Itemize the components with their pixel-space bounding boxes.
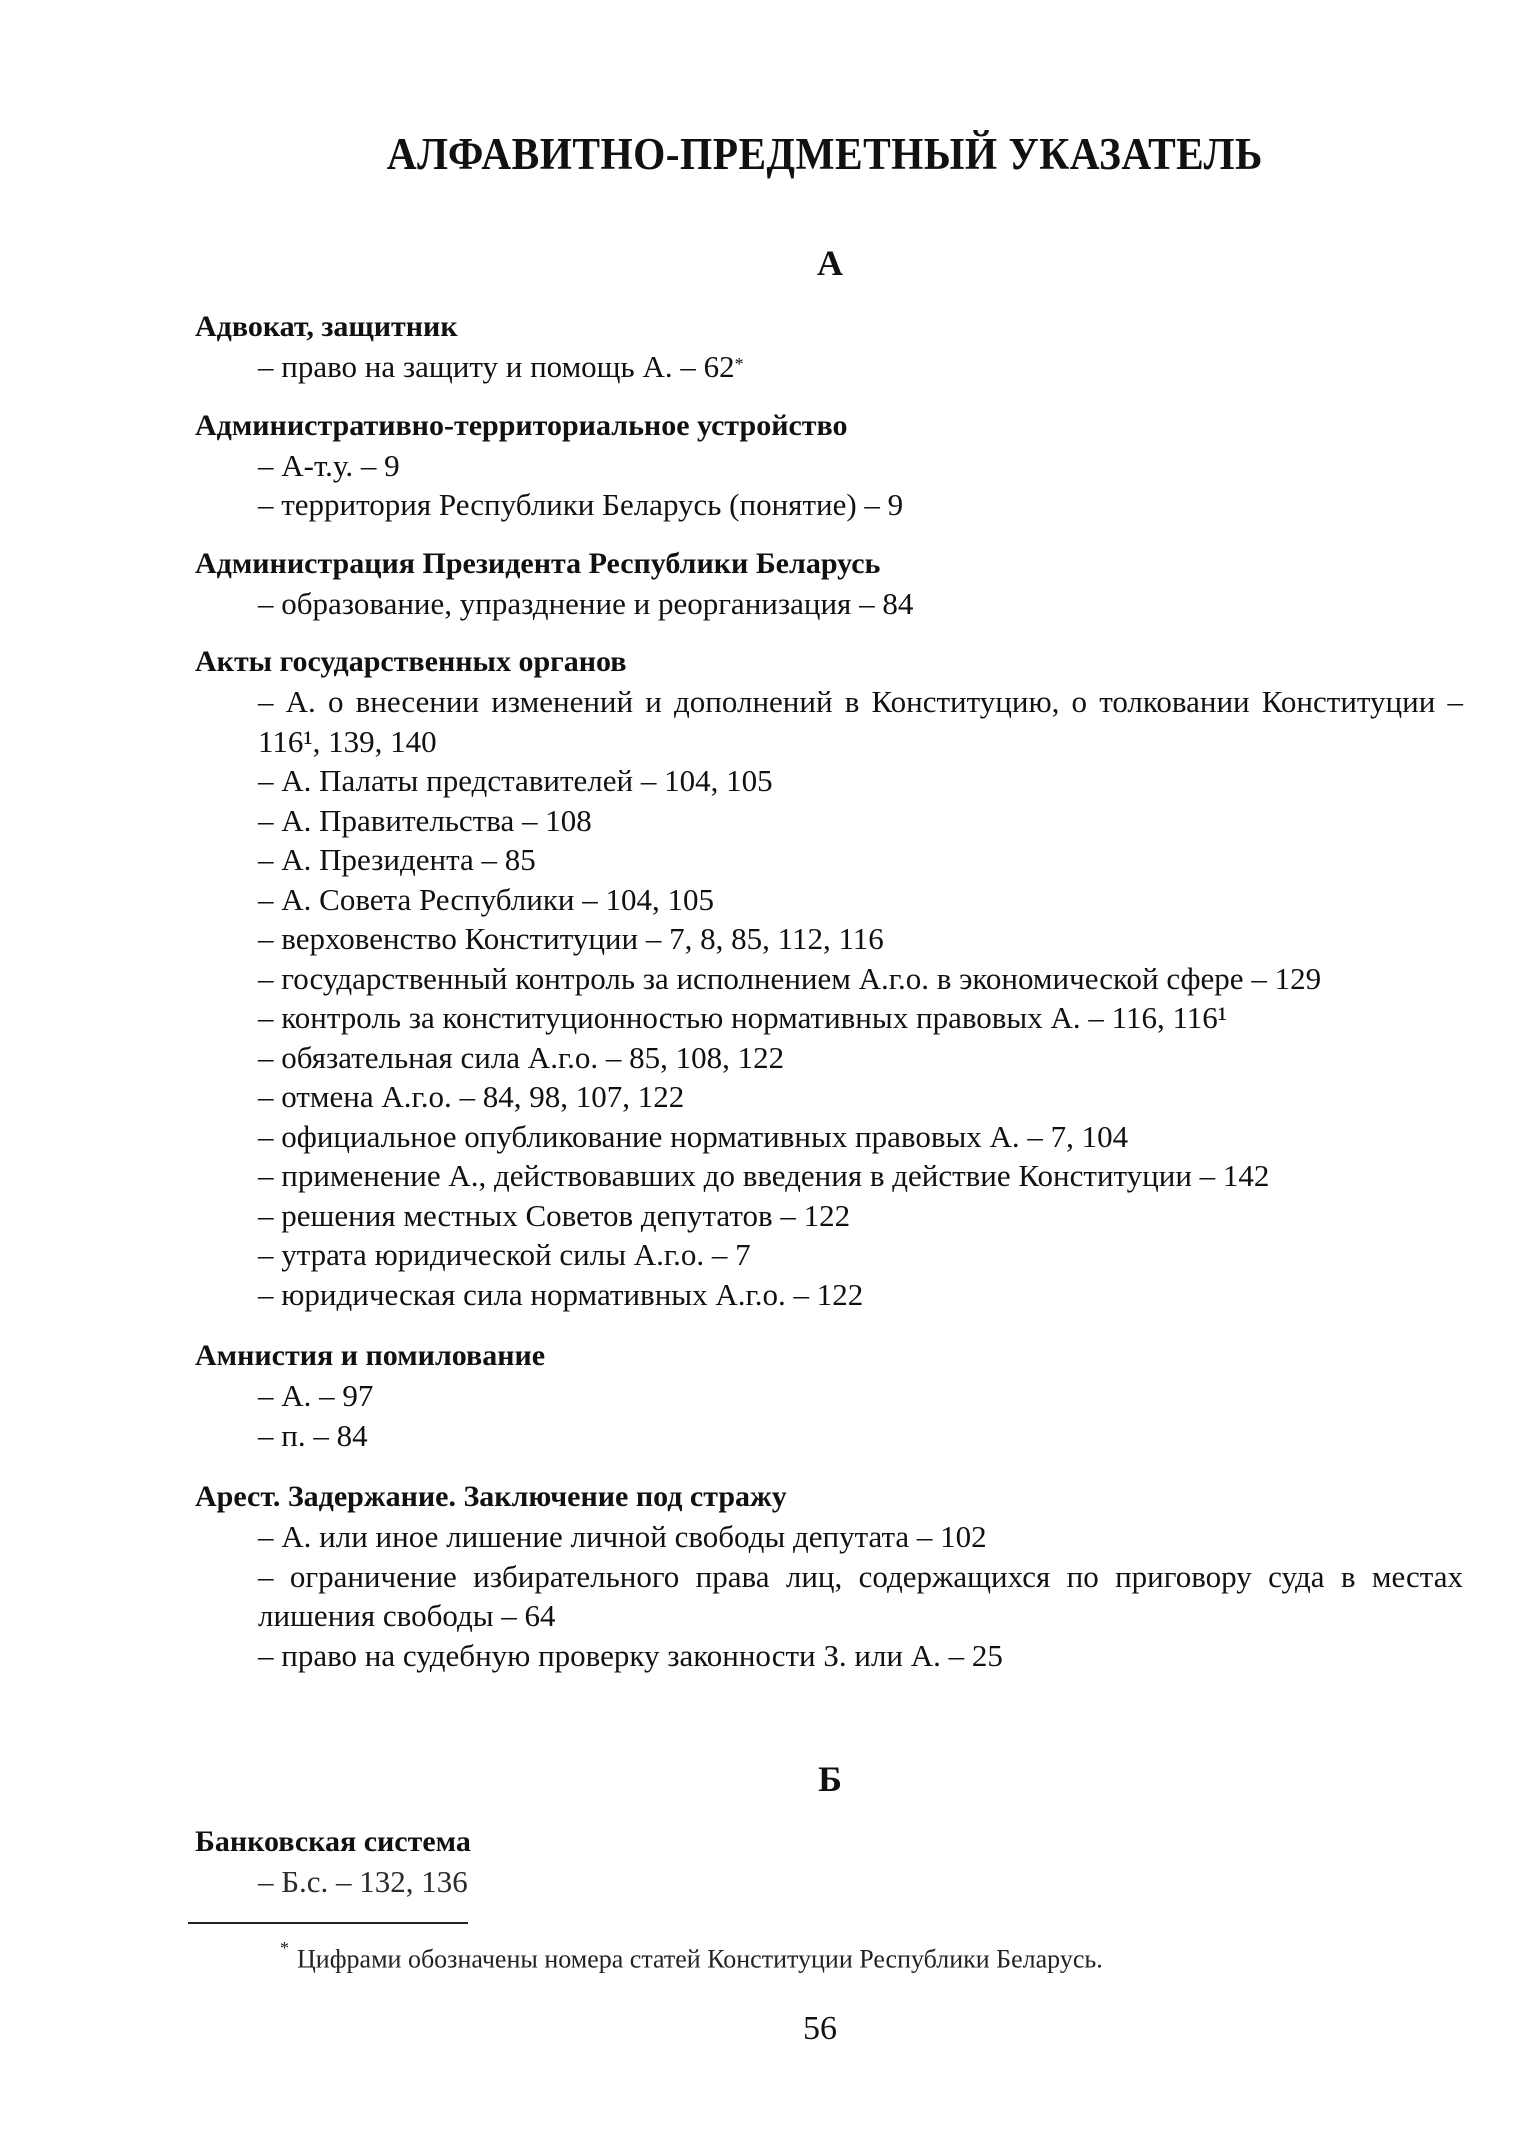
section-letter-a: А xyxy=(0,242,1529,284)
entry-item: – п. – 84 xyxy=(195,1416,1463,1456)
entry-item: – утрата юридической силы А.г.о. – 7 xyxy=(195,1235,1463,1275)
index-entry: Арест. Задержание. Заключение под стражу… xyxy=(195,1477,1463,1675)
entry-item: – государственный контроль за исполнение… xyxy=(195,959,1463,999)
entry-item: – официальное опубликование нормативных … xyxy=(195,1117,1463,1157)
entry-item: – юридическая сила нормативных А.г.о. – … xyxy=(195,1275,1463,1315)
index-entry: Амнистия и помилование – А. – 97 – п. – … xyxy=(195,1336,1463,1455)
entry-item: – А. Президента – 85 xyxy=(195,840,1463,880)
entry-heading: Банковская система xyxy=(195,1822,1463,1862)
entry-item: – А. Палаты представителей – 104, 105 xyxy=(195,761,1463,801)
section-letter-b: Б xyxy=(0,1758,1529,1800)
entry-item: – А-т.у. – 9 xyxy=(195,446,1463,486)
entry-heading: Администрация Президента Республики Бела… xyxy=(195,544,1463,584)
entry-item: – ограничение избирательного права лиц, … xyxy=(258,1557,1463,1636)
entry-item: – верховенство Конституции – 7, 8, 85, 1… xyxy=(195,919,1463,959)
entry-item: – Б.с. – 132, 136 xyxy=(195,1862,1463,1902)
entry-item: – обязательная сила А.г.о. – 85, 108, 12… xyxy=(195,1038,1463,1078)
index-page: АЛФАВИТНО-ПРЕДМЕТНЫЙ УКАЗАТЕЛЬ А Адвокат… xyxy=(0,0,1529,2143)
entry-item: – территория Республики Беларусь (поняти… xyxy=(195,485,1463,525)
section-b-entries: Банковская система – Б.с. – 132, 136 xyxy=(195,1822,1463,1921)
index-entry: Адвокат, защитник – право на защиту и по… xyxy=(195,307,1463,387)
index-entry: Акты государственных органов – А. о внес… xyxy=(195,642,1463,1314)
entry-heading: Акты государственных органов xyxy=(195,642,1463,682)
page-title: АЛФАВИТНО-ПРЕДМЕТНЫЙ УКАЗАТЕЛЬ xyxy=(61,128,1529,180)
entry-item: – А. Совета Республики – 104, 105 xyxy=(195,880,1463,920)
index-entry: Банковская система – Б.с. – 132, 136 xyxy=(195,1822,1463,1902)
entry-item: – А. или иное лишение личной свободы деп… xyxy=(195,1517,1463,1557)
entry-item: – образование, упразднение и реорганизац… xyxy=(195,584,1463,624)
entry-item: – А. – 97 xyxy=(195,1376,1463,1416)
footnote-marker: * xyxy=(735,354,744,374)
entry-item: – применение А., действовавших до введен… xyxy=(195,1156,1463,1196)
entry-heading: Амнистия и помилование xyxy=(195,1336,1463,1376)
entry-heading: Адвокат, защитник xyxy=(195,307,1463,347)
entry-heading: Арест. Задержание. Заключение под стражу xyxy=(195,1477,1463,1517)
index-entry: Администрация Президента Республики Бела… xyxy=(195,544,1463,624)
entry-item: – А. Правительства – 108 xyxy=(195,801,1463,841)
footnote-text: Цифрами обозначены номера статей Констит… xyxy=(297,1945,1103,1974)
entry-item: – отмена А.г.о. – 84, 98, 107, 122 xyxy=(195,1077,1463,1117)
footnote-divider xyxy=(188,1922,468,1924)
entry-item: – контроль за конституционностью нормати… xyxy=(195,998,1463,1038)
entry-item: – право на судебную проверку законности … xyxy=(195,1636,1463,1676)
entry-item-text: – право на защиту и помощь А. – 62 xyxy=(258,349,735,384)
entry-item: – решения местных Советов депутатов – 12… xyxy=(195,1196,1463,1236)
page-number: 56 xyxy=(0,2010,1529,2048)
section-a-entries: Адвокат, защитник – право на защиту и по… xyxy=(195,307,1463,1694)
footnote: *Цифрами обозначены номера статей Консти… xyxy=(280,1942,1103,1975)
entry-heading: Административно-территориальное устройст… xyxy=(195,406,1463,446)
entry-item: – А. о внесении изменений и дополнений в… xyxy=(258,682,1463,761)
entry-item: – право на защиту и помощь А. – 62* xyxy=(195,347,1463,387)
footnote-marker: * xyxy=(280,1938,289,1958)
index-entry: Административно-территориальное устройст… xyxy=(195,406,1463,525)
